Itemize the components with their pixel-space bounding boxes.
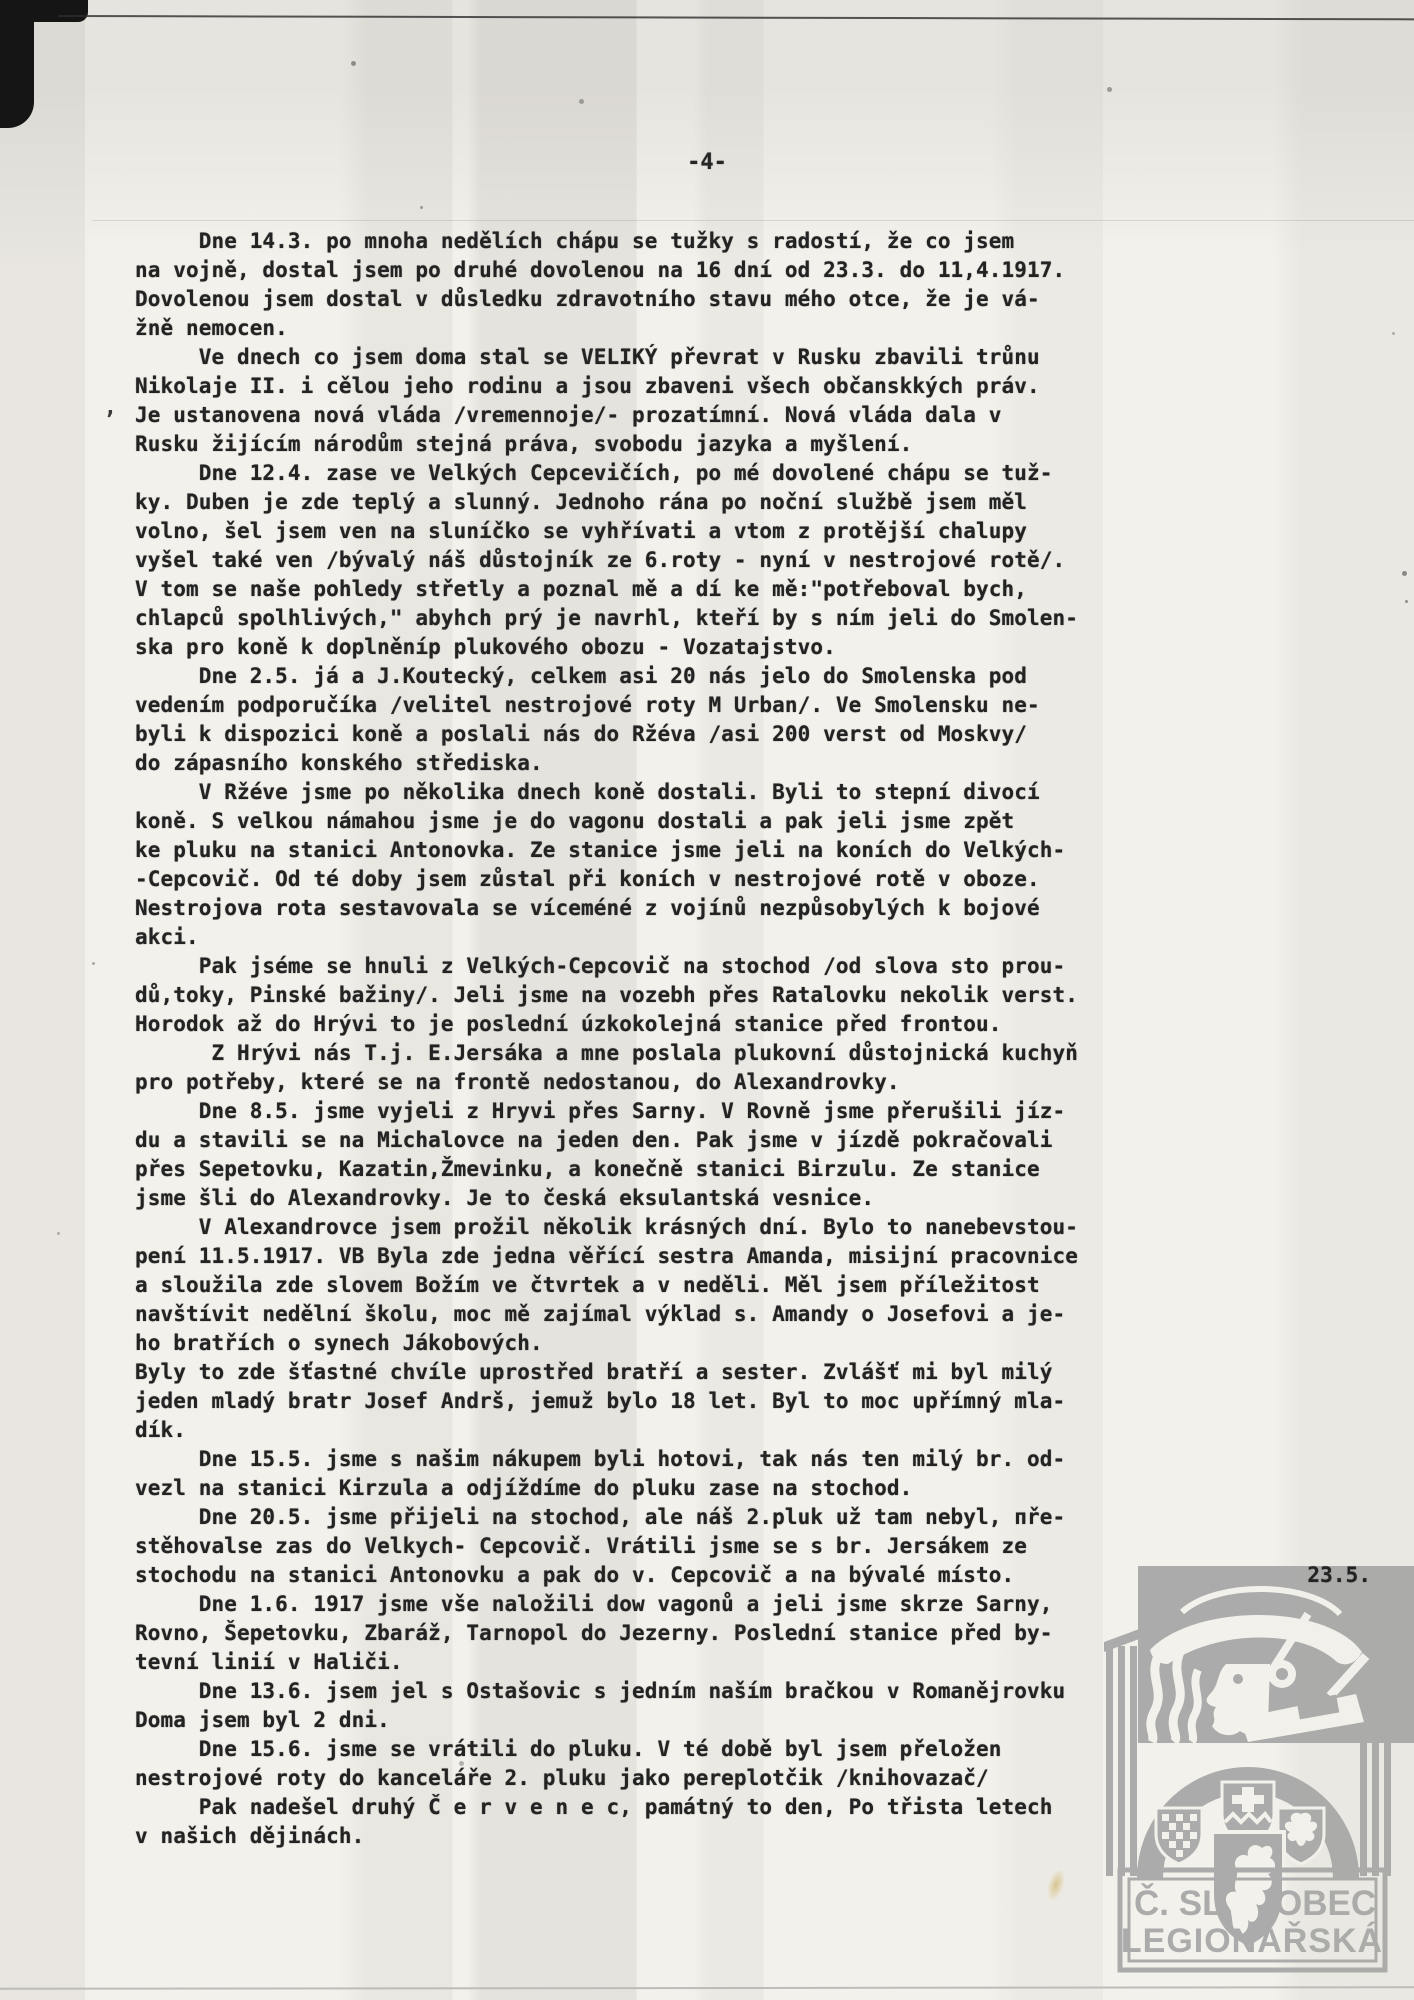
scanner-edge-top xyxy=(0,0,88,22)
text-line: Dne 20.5. jsme přijeli na stochod, ale n… xyxy=(135,1503,1371,1532)
text-line: Je ustanovena nová vláda /vremennoje/- p… xyxy=(135,401,1371,430)
text-line: dů,toky, Pinské bažiny/. Jeli jsme na vo… xyxy=(135,981,1371,1010)
text-line: Dne 15.6. jsme se vrátili do pluku. V té… xyxy=(135,1735,1371,1764)
text-line: do zápasního konského střediska. xyxy=(135,749,1371,778)
text-line: ska pro koně k doplněníp plukového obozu… xyxy=(135,633,1371,662)
text-line: Dne 13.6. jsem jel s Ostašovic s jedním … xyxy=(135,1677,1371,1706)
text-line: na vojně, dostal jsem po druhé dovolenou… xyxy=(135,256,1371,285)
text-line: Doma jsem byl 2 dni. xyxy=(135,1706,1371,1735)
text-line: jsme šli do Alexandrovky. Je to česká ek… xyxy=(135,1184,1371,1213)
text-line: pení 11.5.1917. VB Byla zde jedna věřící… xyxy=(135,1242,1371,1271)
text-line: volno, šel jsem ven na sluníčko se vyhří… xyxy=(135,517,1371,546)
text-line: chlapců spolhlivých," abyhch prý je navr… xyxy=(135,604,1371,633)
text-line: V tom se naše pohledy střetly a poznal m… xyxy=(135,575,1371,604)
text-line: Pak jséme se hnuli z Velkých-Cepcovič na… xyxy=(135,952,1371,981)
text-line: žně nemocen. xyxy=(135,314,1371,343)
stamp-text-obec: OBEC xyxy=(1275,1884,1376,1923)
text-line: akci. xyxy=(135,923,1371,952)
stamp-text-legionarska: LEGIONÁŘSKÁ xyxy=(1121,1922,1383,1960)
text-line: Dne 12.4. zase ve Velkých Cepcevičích, p… xyxy=(135,459,1371,488)
margin-ink-mark: ’ xyxy=(103,408,116,433)
text-line: přes Sepetovku, Kazatin,Žmevinku, a kone… xyxy=(135,1155,1371,1184)
text-line: Dne 14.3. po mnoha nedělích chápu se tuž… xyxy=(135,227,1371,256)
text-line: byli k dispozici koně a poslali nás do R… xyxy=(135,720,1371,749)
text-line: Rusku žijícím národům stejná práva, svob… xyxy=(135,430,1371,459)
text-line: Dne 2.5. já a J.Koutecký, celkem asi 20 … xyxy=(135,662,1371,691)
text-line: V Alexandrovce jsem prožil několik krásn… xyxy=(135,1213,1371,1242)
text-line: Nestrojova rota sestavovala se víceméné … xyxy=(135,894,1371,923)
text-line: V Ržéve jsme po několika dnech koně dost… xyxy=(135,778,1371,807)
text-line: Byly to zde šťastné chvíle uprostřed bra… xyxy=(135,1358,1371,1387)
text-line: v našich dějinách. xyxy=(135,1822,1371,1851)
stamp-text-csl: Č. SL. xyxy=(1134,1883,1233,1923)
text-line: Rovno, Šepetovku, Zbaráž, Tarnopol do Je… xyxy=(135,1619,1371,1648)
text-line: Dne 1.6. 1917 jsme vše naložili dow vago… xyxy=(135,1590,1371,1619)
paper-crease-line xyxy=(92,220,1414,221)
text-line: Nikolaje II. i cělou jeho rodinu a jsou … xyxy=(135,372,1371,401)
text-line: Dovolenou jsem dostal v důsledku zdravot… xyxy=(135,285,1371,314)
text-line: navštívit nedělní školu, moc mě zajímal … xyxy=(135,1300,1371,1329)
text-line: stochodu na stanici Antonovku a pak do v… xyxy=(135,1561,1371,1590)
text-line: du a stavili se na Michalovce na jeden d… xyxy=(135,1126,1371,1155)
text-line: Dne 8.5. jsme vyjeli z Hryvi přes Sarny.… xyxy=(135,1097,1371,1126)
text-line: stěhovalse zas do Velkych- Cepcovič. Vrá… xyxy=(135,1532,1371,1561)
text-line: ky. Duben je zde teplý a slunný. Jednoho… xyxy=(135,488,1371,517)
page-number: -4- xyxy=(0,150,1414,175)
text-line: ke pluku na stanici Antonovka. Ze stanic… xyxy=(135,836,1371,865)
scanned-document-page: ’ xyxy=(0,0,1414,2000)
text-line: tevní linií v Haliči. xyxy=(135,1648,1371,1677)
text-line: Z Hrývi nás T.j. E.Jersáka a mne poslala… xyxy=(135,1039,1371,1068)
text-line: -Cepcovič. Od té doby jsem zůstal při ko… xyxy=(135,865,1371,894)
text-line: Horodok až do Hrývi to je poslední úzkok… xyxy=(135,1010,1371,1039)
text-line: ho bratřích o synech Jákobových. xyxy=(135,1329,1371,1358)
text-line: Pak nadešel druhý Č e r v e n e c, památ… xyxy=(135,1793,1371,1822)
text-line: a sloužila zde slovem Božím ve čtvrtek a… xyxy=(135,1271,1371,1300)
typewritten-text-block: Dne 14.3. po mnoha nedělích chápu se tuž… xyxy=(135,227,1371,1851)
text-line: koně. S velkou námahou jsme je do vagonu… xyxy=(135,807,1371,836)
text-line: dík. xyxy=(135,1416,1371,1445)
text-line: pro potřeby, které se na frontě nedostan… xyxy=(135,1068,1371,1097)
text-line: Ve dnech co jsem doma stal se VELIKÝ pře… xyxy=(135,343,1371,372)
text-line: nestrojové roty do kanceláře 2. pluku ja… xyxy=(135,1764,1371,1793)
page-top-edge-line xyxy=(58,15,1414,20)
text-line: vyšel také ven /bývalý náš důstojník ze … xyxy=(135,546,1371,575)
text-line: vedením podporučíka /velitel nestrojové … xyxy=(135,691,1371,720)
text-line: jeden mladý bratr Josef Andrš, jemuž byl… xyxy=(135,1387,1371,1416)
text-line: Dne 15.5. jsme s našim nákupem byli hoto… xyxy=(135,1445,1371,1474)
text-line: vezl na stanici Kirzula a odjíždíme do p… xyxy=(135,1474,1371,1503)
paper-smudge xyxy=(1043,1866,1069,1903)
